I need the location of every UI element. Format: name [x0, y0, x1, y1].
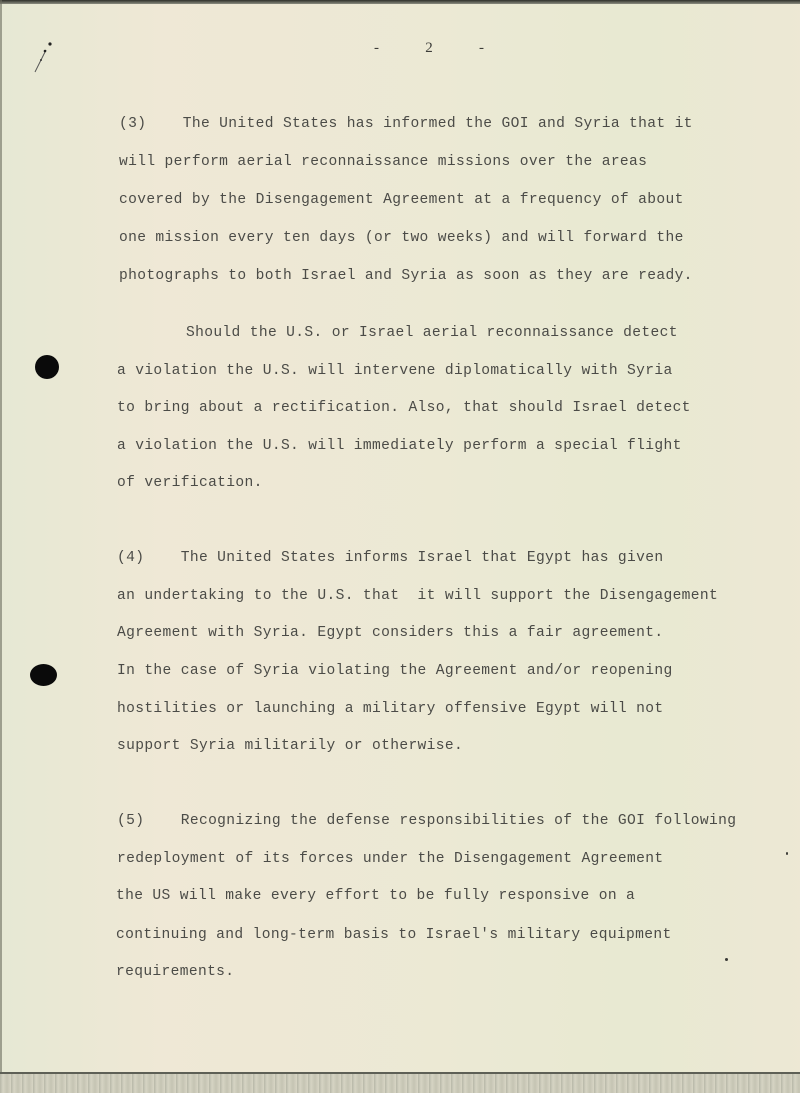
text-line: (4) The United States informs Israel tha… [117, 550, 663, 566]
text-line: will perform aerial reconnaissance missi… [119, 154, 647, 170]
punch-hole-icon [35, 355, 59, 379]
text-line: hostilities or launching a military offe… [117, 701, 663, 717]
text-line: photographs to both Israel and Syria as … [119, 268, 693, 284]
page-number-dash-right: - [479, 40, 484, 57]
ink-speck [786, 852, 788, 855]
text-line: covered by the Disengagement Agreement a… [119, 192, 684, 208]
page-number-value: 2 [425, 40, 433, 57]
scan-left-edge [0, 0, 2, 1093]
text-line: redeployment of its forces under the Dis… [117, 851, 663, 867]
scan-top-edge [0, 0, 800, 4]
text-line: support Syria militarily or otherwise. [117, 738, 463, 754]
page-number-dash-left: - [374, 40, 379, 57]
text-line: of verification. [117, 475, 263, 491]
text-line: (5) Recognizing the defense responsibili… [117, 813, 736, 829]
text-line: a violation the U.S. will intervene dipl… [117, 363, 673, 379]
ink-speck [725, 958, 728, 961]
text-line: (3) The United States has informed the G… [119, 116, 693, 132]
text-line: a violation the U.S. will immediately pe… [117, 438, 682, 454]
punch-hole-icon [30, 664, 57, 686]
text-line: to bring about a rectification. Also, th… [117, 400, 691, 416]
text-line: an undertaking to the U.S. that it will … [117, 588, 718, 604]
scan-bottom-strip [0, 1074, 800, 1093]
text-line: Should the U.S. or Israel aerial reconna… [186, 325, 678, 341]
document-page: - 2 - (3) The United States has informed… [0, 0, 800, 1093]
text-line: continuing and long-term basis to Israel… [116, 927, 672, 943]
pen-mark-icon [32, 36, 72, 76]
text-line: Agreement with Syria. Egypt considers th… [117, 625, 663, 641]
text-line: requirements. [116, 964, 234, 980]
page-number: - 2 - [374, 40, 484, 57]
text-line: the US will make every effort to be full… [116, 888, 635, 904]
text-line: In the case of Syria violating the Agree… [117, 663, 673, 679]
text-line: one mission every ten days (or two weeks… [119, 230, 684, 246]
